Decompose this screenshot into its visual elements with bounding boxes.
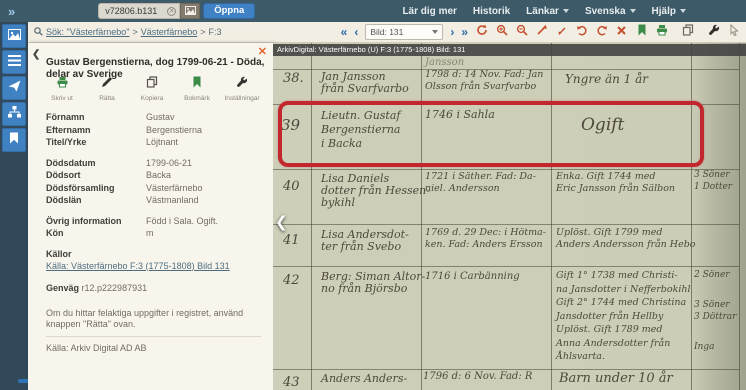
image-icon bbox=[185, 2, 196, 20]
table-line bbox=[551, 43, 552, 390]
print-record-button[interactable]: Skriv ut bbox=[46, 75, 78, 102]
copy-icon bbox=[146, 75, 158, 93]
enlarge-icon bbox=[536, 23, 548, 41]
bookmark-icon bbox=[192, 75, 202, 93]
pointer-icon bbox=[729, 23, 739, 41]
caret-down-icon bbox=[630, 9, 636, 13]
open-button[interactable]: Öppna bbox=[203, 3, 255, 19]
pen-icon bbox=[101, 75, 113, 93]
row-number: 40 bbox=[283, 181, 300, 193]
expand-sidebar-button[interactable]: » bbox=[0, 4, 23, 19]
row-status: Gift 1° 1738 med Christi-na Jansdotter i… bbox=[556, 269, 691, 364]
previous-image-button[interactable]: ‹ bbox=[354, 26, 358, 38]
viewer-header-label: ArkivDigital: Västerfärnebo (U) F:3 (177… bbox=[273, 44, 746, 56]
row-number: 41 bbox=[283, 235, 300, 247]
bookmark-icon bbox=[9, 131, 19, 149]
image-viewer[interactable]: Jansson 38. Jan Janssonfrån Svarfvarbo 1… bbox=[273, 43, 746, 390]
table-line bbox=[273, 266, 739, 267]
breadcrumb-separator: > bbox=[200, 27, 205, 37]
sidebar-bookmark-button[interactable] bbox=[2, 128, 26, 152]
breadcrumb-search-link[interactable]: Sök: "Västerfärnebo" bbox=[46, 27, 129, 37]
reload-image-button[interactable] bbox=[475, 26, 488, 39]
field-row: DödslänVästmanland bbox=[46, 194, 261, 207]
menu-item-help[interactable]: Hjälp bbox=[652, 6, 686, 17]
shortcut-row: Genväg r12.p222987931 bbox=[46, 282, 261, 294]
reload-icon bbox=[476, 23, 488, 41]
caret-down-icon bbox=[432, 30, 438, 34]
row-status: Barn under 10 år bbox=[559, 373, 673, 385]
row-birth: 1769 d. 29 Dec: i Hötma-ken. Fad: Anders… bbox=[425, 227, 546, 251]
menu-icon bbox=[8, 53, 21, 71]
row-name: Lisa Danielsdotter från Hessen-bykihl bbox=[321, 173, 430, 209]
rotate-right-icon bbox=[596, 23, 608, 41]
row-children: 3 Söner1 Dotter bbox=[694, 169, 732, 193]
rotate-left-icon bbox=[576, 23, 588, 41]
bookmark-record-button[interactable]: Bokmärk bbox=[181, 75, 213, 102]
table-line bbox=[311, 43, 312, 390]
image-nav-controls: « ‹ Bild: 131 › » bbox=[341, 24, 740, 40]
image-reference-button[interactable] bbox=[180, 3, 200, 19]
close-image-button[interactable] bbox=[615, 26, 628, 39]
clear-search-icon[interactable]: ✕ bbox=[167, 7, 176, 16]
sidebar-sitemap-button[interactable] bbox=[2, 102, 26, 126]
image-icon bbox=[8, 27, 21, 45]
sidebar-menu-button[interactable] bbox=[2, 50, 26, 74]
row-number: 43 bbox=[283, 377, 300, 389]
sidebar-image-button[interactable] bbox=[2, 24, 26, 48]
print-button[interactable] bbox=[655, 26, 668, 39]
first-image-button[interactable]: « bbox=[341, 26, 348, 38]
wrench-icon bbox=[236, 75, 248, 93]
handwriting-fragment: Jansson bbox=[425, 57, 464, 69]
source-footer: Källa: Arkiv Digital AD AB bbox=[46, 343, 261, 353]
table-line bbox=[691, 43, 692, 390]
menu-item-learn-more[interactable]: Lär dig mer bbox=[402, 6, 456, 17]
left-sidebar bbox=[0, 22, 28, 390]
shrink-icon bbox=[556, 23, 568, 41]
menu-item-links[interactable]: Länkar bbox=[526, 6, 569, 17]
send-icon bbox=[8, 79, 21, 97]
table-line bbox=[273, 169, 739, 170]
breadcrumb-current: F:3 bbox=[209, 27, 222, 37]
row-name: Anders Anders- bbox=[321, 373, 407, 385]
copy-icon bbox=[682, 23, 694, 41]
row-status: Yngre än 1 år bbox=[565, 73, 648, 85]
row-children: Inga bbox=[694, 341, 714, 353]
pointer-button[interactable] bbox=[727, 26, 740, 39]
field-row: Dödsdatum1799-06-21 bbox=[46, 157, 261, 170]
settings-record-button[interactable]: Inställningar bbox=[226, 75, 258, 102]
table-line bbox=[421, 43, 422, 390]
breadcrumb: Sök: "Västerfärnebo" > Västerfärnebo > F… bbox=[34, 27, 222, 38]
print-icon bbox=[656, 23, 668, 41]
row-children: 2 Söner bbox=[694, 269, 730, 281]
zoom-out-button[interactable] bbox=[515, 26, 528, 39]
row-birth: 1716 i Carbänning bbox=[425, 271, 520, 283]
row-name: Jan Janssonfrån Svarfvarbo bbox=[321, 71, 409, 95]
field-row: Titel/YrkeLöjtnant bbox=[46, 136, 261, 149]
caret-down-icon bbox=[680, 9, 686, 13]
wrench-icon bbox=[708, 23, 720, 41]
rotate-right-button[interactable] bbox=[595, 26, 608, 39]
shortcut-label: Genväg bbox=[46, 283, 79, 293]
field-row: Övrig informationFödd i Sala. Ogift. bbox=[46, 215, 261, 228]
image-select[interactable]: Bild: 131 bbox=[365, 24, 443, 40]
image-toolbar: Sök: "Västerfärnebo" > Västerfärnebo > F… bbox=[28, 22, 746, 43]
breadcrumb-volume-link[interactable]: Västerfärnebo bbox=[141, 27, 198, 37]
table-line bbox=[273, 369, 739, 370]
shortcut-value: r12.p222987931 bbox=[82, 283, 148, 293]
close-image-icon bbox=[616, 23, 627, 41]
sidebar-send-button[interactable] bbox=[2, 76, 26, 100]
row-birth: 1796 d: 6 Nov. Fad: R bbox=[423, 371, 532, 383]
row-name: Lisa Andersdot-ter från Svebo bbox=[321, 229, 409, 253]
previous-image-arrow[interactable]: ❮ bbox=[275, 213, 288, 231]
bookmark-button[interactable] bbox=[635, 26, 648, 39]
zoom-out-icon bbox=[516, 23, 528, 41]
correction-note: Om du hittar felaktiga uppgifter i regis… bbox=[46, 308, 261, 337]
last-image-button[interactable]: » bbox=[461, 26, 468, 38]
highlight-box bbox=[278, 101, 704, 167]
correct-record-button[interactable]: Rätta bbox=[91, 75, 123, 102]
shrink-button[interactable] bbox=[555, 26, 568, 39]
quick-search-group: ✕ Öppna bbox=[98, 3, 255, 19]
row-status: Enka. Gift 1744 medEric Jansson från Säl… bbox=[556, 171, 675, 195]
bookmark-icon bbox=[637, 23, 647, 41]
print-icon bbox=[56, 75, 69, 93]
row-number: 42 bbox=[283, 275, 300, 287]
tools-button[interactable] bbox=[707, 26, 720, 39]
field-row: DödsortBacka bbox=[46, 169, 261, 182]
collapse-panel-icon[interactable]: ❮ bbox=[32, 49, 45, 65]
row-birth: 1721 i Säther. Fad: Da-niel. Andersson bbox=[425, 171, 536, 195]
table-line bbox=[273, 224, 739, 225]
next-image-button[interactable]: › bbox=[450, 26, 454, 38]
field-row: EfternamnBergenstierna bbox=[46, 124, 261, 137]
row-number: 38. bbox=[283, 73, 304, 85]
menu-item-language[interactable]: Svenska bbox=[585, 6, 636, 17]
caret-down-icon bbox=[563, 9, 569, 13]
rotate-left-button[interactable] bbox=[575, 26, 588, 39]
copy-button[interactable] bbox=[681, 26, 694, 39]
record-toolbar: Skriv ut Rätta Kopiera Bokmärk Inställni… bbox=[46, 75, 258, 102]
row-birth: 1798 d: 14 Nov. Fad: JanOlsson från Svar… bbox=[425, 69, 543, 93]
source-link[interactable]: Källa: Västerfärnebo F:3 (1775-1808) Bil… bbox=[46, 260, 230, 272]
record-fields: FörnamnGustav EfternamnBergenstierna Tit… bbox=[46, 111, 261, 353]
search-icon bbox=[34, 27, 43, 38]
field-row: DödsförsamlingVästerfärnebo bbox=[46, 182, 261, 195]
top-bar: » ✕ Öppna Lär dig mer Historik Länkar Sv… bbox=[0, 0, 746, 22]
breadcrumb-separator: > bbox=[132, 27, 137, 37]
row-children: 3 Söner3 Döttrar bbox=[694, 299, 736, 323]
record-panel: ❮ ✕ Gustav Bergenstierna, dog 1799-06-21… bbox=[28, 43, 273, 390]
row-name: Berg: Siman Altor-no från Björsbo bbox=[321, 271, 425, 295]
top-menu: Lär dig mer Historik Länkar Svenska Hjäl… bbox=[402, 6, 746, 17]
field-row: Könm bbox=[46, 227, 261, 240]
zoom-in-icon bbox=[496, 23, 508, 41]
field-row: FörnamnGustav bbox=[46, 111, 261, 124]
row-status: Uplöst. Gift 1799 medAnders Andersson fr… bbox=[556, 227, 696, 251]
sitemap-icon bbox=[8, 105, 21, 123]
sources-header: Källor bbox=[46, 248, 261, 260]
enlarge-button[interactable] bbox=[535, 26, 548, 39]
copy-record-button[interactable]: Kopiera bbox=[136, 75, 168, 102]
table-line bbox=[739, 43, 740, 390]
zoom-in-button[interactable] bbox=[495, 26, 508, 39]
menu-item-history[interactable]: Historik bbox=[473, 6, 510, 17]
